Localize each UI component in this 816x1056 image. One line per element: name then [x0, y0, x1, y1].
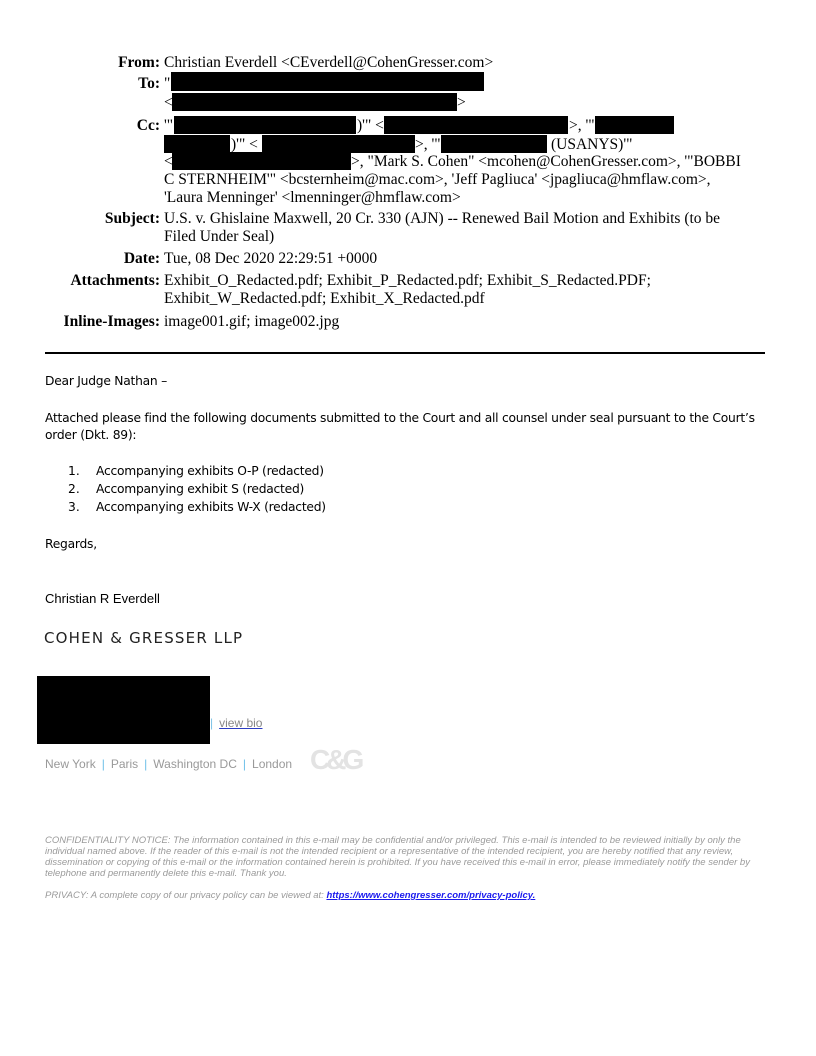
attachments-label: Attachments: [70, 272, 160, 290]
list-number: 3. [68, 500, 80, 514]
privacy-text: PRIVACY: A complete copy of our privacy … [45, 890, 326, 901]
to-quote: " [164, 75, 170, 92]
paragraph-line-2: order (Dkt. 89): [45, 428, 136, 442]
salutation: Dear Judge Nathan – [45, 374, 167, 388]
list-number: 1. [68, 464, 80, 478]
date-value: Tue, 08 Dec 2020 22:29:51 +0000 [164, 250, 377, 268]
attachment-list-line-1[interactable]: Exhibit_O_Redacted.pdf; Exhibit_P_Redact… [164, 272, 651, 290]
date-label: Date: [124, 250, 160, 268]
redaction-block [384, 116, 568, 134]
confidentiality-notice: CONFIDENTIALITY NOTICE: The information … [45, 835, 767, 879]
office-london: London [252, 757, 292, 771]
list-item: Accompanying exhibit S (redacted) [96, 482, 304, 496]
to-gt: > [457, 94, 466, 112]
separator: | [210, 716, 213, 730]
office-paris: Paris [111, 757, 138, 771]
redaction-block [262, 135, 415, 153]
closing: Regards, [45, 537, 97, 551]
subject-line-1: U.S. v. Ghislaine Maxwell, 20 Cr. 330 (A… [164, 210, 720, 228]
firm-name: COHEN & GRESSER LLP [44, 629, 243, 647]
cg-logo: C&G [310, 744, 360, 776]
list-item: Accompanying exhibits W-X (redacted) [96, 500, 326, 514]
cc-line-2b: >, '" [415, 136, 441, 154]
to-label: To: [138, 75, 160, 93]
redaction-block [172, 152, 351, 170]
cc-line-2c: (USANYS)'" [551, 136, 632, 154]
inline-images-value: image001.gif; image002.jpg [164, 313, 339, 331]
cc-line-4: C STERNHEIM'" <bcsternheim@mac.com>, 'Je… [164, 171, 711, 189]
bio-link-row: |view bio [210, 716, 262, 730]
cc-label: Cc: [137, 117, 160, 135]
separator: | [243, 757, 246, 771]
redaction-block [441, 135, 547, 153]
inline-images-label: Inline-Images: [64, 313, 160, 331]
cc-line-3b: >, "Mark S. Cohen" <mcohen@CohenGresser.… [351, 153, 741, 171]
redaction-block [164, 135, 230, 153]
redaction-block [174, 116, 356, 134]
to-line-1: " [164, 75, 170, 93]
paragraph-line-1: Attached please find the following docum… [45, 411, 755, 425]
redaction-block [595, 116, 674, 134]
list-number: 2. [68, 482, 80, 496]
subject-line-2: Filed Under Seal) [164, 228, 274, 246]
separator: | [144, 757, 147, 771]
view-bio-link[interactable]: view bio [219, 716, 262, 730]
cc-line-1c: >, '" [569, 117, 595, 135]
subject-label: Subject: [105, 210, 160, 228]
separator: | [102, 757, 105, 771]
redaction-block [172, 93, 457, 111]
signature-name: Christian R Everdell [45, 591, 160, 606]
cc-line-5: 'Laura Menninger' <lmenninger@hmflaw.com… [164, 189, 461, 207]
redaction-block [171, 72, 484, 91]
from-value: Christian Everdell <CEverdell@CohenGress… [164, 54, 493, 72]
office-locations: New York|Paris|Washington DC|London [45, 757, 292, 771]
from-label: From: [118, 54, 160, 72]
attachment-list-line-2[interactable]: Exhibit_W_Redacted.pdf; Exhibit_X_Redact… [164, 290, 485, 308]
header-divider [45, 352, 765, 354]
cc-line-1b: )'" < [357, 117, 384, 135]
redaction-block [37, 676, 210, 744]
cc-line-1a: '" [164, 117, 173, 135]
privacy-policy-link[interactable]: https://www.cohengresser.com/privacy-pol… [326, 890, 535, 901]
list-item: Accompanying exhibits O-P (redacted) [96, 464, 324, 478]
privacy-notice: PRIVACY: A complete copy of our privacy … [45, 890, 535, 901]
office-new-york: New York [45, 757, 96, 771]
office-washington-dc: Washington DC [153, 757, 237, 771]
